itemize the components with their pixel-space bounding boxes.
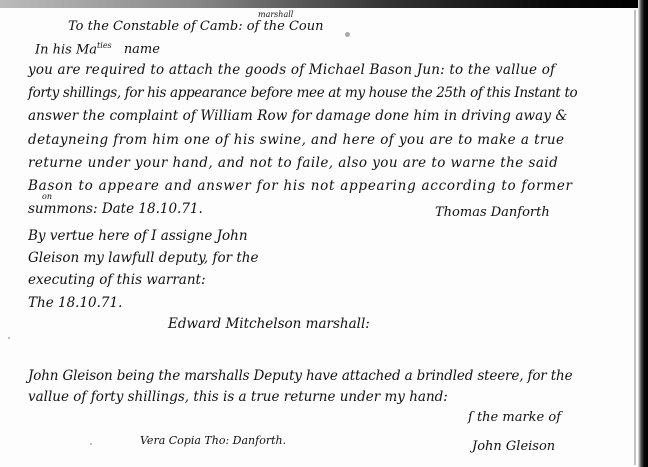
superscript-on: on [42, 192, 52, 201]
scan-border-top [0, 0, 648, 8]
address-insertion: marshall [258, 10, 293, 19]
address-line: To the Constable of Camb: of the Coun [68, 20, 323, 33]
warrant-signature: Thomas Danforth [435, 206, 550, 219]
assignment-line-1: By vertue here of I assigne John [28, 230, 248, 244]
scan-speck [345, 32, 350, 37]
page-edge [634, 10, 636, 465]
warrant-line-7: summons: Date 18.10.71. [28, 203, 203, 217]
salutation: In his Maties name [35, 42, 160, 56]
assignment-line-3: executing of this warrant: [28, 274, 206, 288]
return-signature: John Gleison [472, 440, 555, 453]
warrant-line-1: you are required to attach the goods of … [28, 64, 555, 78]
salutation-sup: ties [97, 41, 112, 50]
assignment-signature: Edward Mitchelson marshall: [168, 318, 370, 332]
salutation-text: In his Ma [35, 42, 97, 57]
scan-border-right [638, 0, 648, 467]
mark-label-text: the marke of [477, 410, 561, 425]
salutation-end: name [124, 42, 160, 57]
warrant-line-3: answer the complaint of William Row for … [28, 110, 568, 124]
attestation: Vera Copia Tho: Danforth. [140, 435, 286, 446]
warrant-line-2: forty shillings, for his appearance befo… [28, 87, 577, 101]
return-line-1: John Gleison being the marshalls Deputy … [28, 370, 572, 384]
warrant-line-6: Bason to appeare and answer for his not … [28, 180, 573, 194]
return-line-2: vallue of forty shillings, this is a tru… [28, 391, 448, 405]
manuscript-page: To the Constable of Camb: of the Coun ma… [0, 0, 648, 467]
mark-symbol: ſ [468, 410, 477, 425]
assignment-line-2: Gleison my lawfull deputy, for the [28, 252, 259, 266]
mark-label: ſ the marke of [468, 411, 561, 424]
assignment-date: The 18.10.71. [28, 297, 122, 311]
scan-speck [8, 337, 10, 339]
warrant-line-5: returne under your hand, and not to fail… [28, 157, 558, 171]
scan-speck [90, 443, 92, 445]
warrant-line-4: detayneing from him one of his swine, an… [28, 134, 564, 148]
